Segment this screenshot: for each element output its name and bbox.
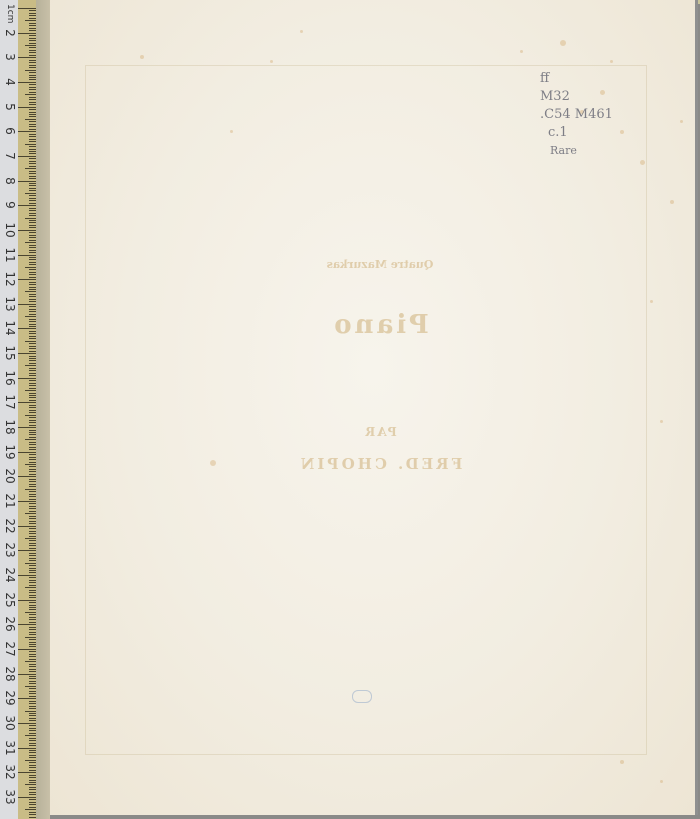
ruler-tick	[25, 809, 36, 810]
ruler-tick	[29, 338, 36, 339]
foxing-spot	[660, 780, 663, 783]
ruler-tick	[25, 119, 36, 120]
ruler-tick	[18, 156, 36, 157]
ruler-tick	[29, 195, 36, 196]
ruler-tick	[25, 341, 36, 342]
call-number-line: .C54 M461	[540, 106, 613, 124]
ruler-tick	[18, 501, 36, 502]
ruler-tick	[29, 383, 36, 384]
ruler-tick	[29, 780, 36, 781]
ruler-tick	[29, 348, 36, 349]
ruler-tick	[18, 624, 36, 625]
ruler-tick	[29, 617, 36, 618]
ruler-tick	[29, 437, 36, 438]
ruler-number: 13	[3, 295, 17, 313]
ruler-number: 30	[3, 714, 17, 732]
ruler-tick	[29, 400, 36, 401]
ruler-tick	[29, 681, 36, 682]
ruler-tick	[18, 181, 36, 182]
ruler-number: 6	[3, 122, 17, 140]
ruler-tick	[29, 511, 36, 512]
ruler-tick	[29, 740, 36, 741]
ruler-number: 7	[3, 147, 17, 165]
ruler-tick	[29, 597, 36, 598]
ruler-tick	[29, 171, 36, 172]
ruler-tick	[29, 417, 36, 418]
ruler-tick	[29, 301, 36, 302]
ruler-tick	[29, 319, 36, 320]
ruler-tick	[29, 314, 36, 315]
ruler-tick	[29, 232, 36, 233]
ruler-tick	[29, 555, 36, 556]
ruler-tick	[29, 484, 36, 485]
ruler-tick	[29, 609, 36, 610]
ruler-tick	[29, 284, 36, 285]
ruler-tick	[29, 220, 36, 221]
ruler-tick	[29, 799, 36, 800]
ruler-tick	[29, 720, 36, 721]
ruler-tick	[18, 255, 36, 256]
ruler-tick	[29, 97, 36, 98]
ruler-tick	[29, 565, 36, 566]
ruler-tick	[29, 55, 36, 56]
ruler-tick	[29, 794, 36, 795]
ruler-tick	[29, 812, 36, 813]
foxing-spot	[560, 40, 566, 46]
ruler-tick	[25, 365, 36, 366]
ruler-tick	[29, 259, 36, 260]
ruler-tick	[29, 590, 36, 591]
foxing-spot	[270, 60, 273, 63]
ruler-tick	[29, 363, 36, 364]
ruler-tick	[25, 94, 36, 95]
ruler-tick	[29, 343, 36, 344]
ruler-tick	[29, 190, 36, 191]
ruler-tick	[29, 309, 36, 310]
ruler-number: 14	[3, 319, 17, 337]
ruler-tick	[18, 600, 36, 601]
ruler-unit-label: 1cm	[3, 4, 17, 22]
ruler-tick	[29, 466, 36, 467]
ruler-tick	[25, 70, 36, 71]
ruler-tick	[29, 287, 36, 288]
ruler-tick	[29, 540, 36, 541]
ruler-tick	[29, 486, 36, 487]
ruler-tick	[29, 67, 36, 68]
foxing-spot	[650, 300, 653, 303]
ruler-number: 20	[3, 467, 17, 485]
foxing-spot	[230, 130, 233, 133]
ruler-tick	[29, 592, 36, 593]
ruler-tick	[29, 634, 36, 635]
foxing-spot	[620, 130, 624, 134]
ruler-tick	[29, 738, 36, 739]
ruler-tick	[29, 691, 36, 692]
ruler-tick	[25, 316, 36, 317]
ruler-tick	[29, 346, 36, 347]
ruler-tick	[29, 185, 36, 186]
ruler-tick	[18, 476, 36, 477]
ruler-tick	[29, 585, 36, 586]
ruler-tick	[25, 784, 36, 785]
ruler-tick	[29, 252, 36, 253]
ruler-tick	[29, 351, 36, 352]
ruler-tick	[25, 686, 36, 687]
ruler-number: 27	[3, 640, 17, 658]
ruler-tick	[29, 321, 36, 322]
ruler-tick	[29, 326, 36, 327]
call-number-line: c.1	[540, 124, 613, 142]
ruler-tick	[29, 750, 36, 751]
ruler-tick	[29, 237, 36, 238]
ruler-tick	[25, 45, 36, 46]
foxing-spot	[610, 60, 613, 63]
ruler-tick	[29, 282, 36, 283]
ruler-tick	[25, 168, 36, 169]
ruler-tick	[29, 703, 36, 704]
ruler-tick	[29, 235, 36, 236]
ruler-tick	[29, 410, 36, 411]
ruler-tick	[29, 47, 36, 48]
ruler-tick	[29, 114, 36, 115]
ruler-tick	[29, 425, 36, 426]
ruler-tick	[29, 121, 36, 122]
ruler-tick	[29, 642, 36, 643]
ruler-tick	[18, 57, 36, 58]
ruler-tick	[29, 92, 36, 93]
ruler-tick	[29, 622, 36, 623]
ruler-tick	[18, 797, 36, 798]
ruler-tick	[29, 149, 36, 150]
ruler-tick	[29, 459, 36, 460]
ruler-tick	[29, 792, 36, 793]
ruler-tick	[29, 146, 36, 147]
foxing-spot	[300, 30, 303, 33]
ruler-tick	[18, 82, 36, 83]
ruler-tick	[29, 77, 36, 78]
ruler-tick	[29, 802, 36, 803]
ruler-tick	[29, 627, 36, 628]
ruler-tick	[29, 15, 36, 16]
ruler-tick	[29, 582, 36, 583]
ruler-tick	[29, 222, 36, 223]
ruler-tick	[29, 153, 36, 154]
ruler-number: 31	[3, 739, 17, 757]
ruler-tick	[29, 183, 36, 184]
foxing-spot	[520, 50, 523, 53]
ruler-tick	[29, 25, 36, 26]
ruler-tick	[25, 242, 36, 243]
ruler-number: 16	[3, 369, 17, 387]
ruler-number: 3	[3, 48, 17, 66]
foxing-spot	[140, 55, 144, 59]
ruler-tick	[29, 99, 36, 100]
ruler-tick	[29, 545, 36, 546]
ruler-tick	[29, 375, 36, 376]
ruler-tick	[29, 247, 36, 248]
ruler-tick	[29, 136, 36, 137]
ruler-tick	[29, 814, 36, 815]
ruler-tick	[29, 269, 36, 270]
ruler-tick	[29, 430, 36, 431]
ruler-tick	[29, 666, 36, 667]
measuring-ruler: 1cm 234567891011121314151617181920212223…	[0, 0, 36, 819]
ruler-tick	[29, 432, 36, 433]
ruler-tick	[18, 550, 36, 551]
ruler-tick	[29, 225, 36, 226]
ruler-tick	[18, 698, 36, 699]
ruler-tick	[29, 644, 36, 645]
ruler-tick	[25, 390, 36, 391]
ruler-tick	[29, 521, 36, 522]
ruler-tick	[25, 489, 36, 490]
ruler-number: 9	[3, 196, 17, 214]
ruler-tick	[29, 166, 36, 167]
ruler-tick	[29, 176, 36, 177]
ruler-tick	[29, 75, 36, 76]
ruler-tick	[29, 380, 36, 381]
ruler-tick	[29, 311, 36, 312]
ruler-tick	[18, 131, 36, 132]
ruler-tick	[25, 20, 36, 21]
ruler-tick	[18, 378, 36, 379]
ruler-number: 4	[3, 73, 17, 91]
ruler-tick	[29, 654, 36, 655]
ruler-tick	[29, 296, 36, 297]
ruler-tick	[29, 277, 36, 278]
foxing-spot	[660, 420, 663, 423]
ruler-number: 5	[3, 98, 17, 116]
ruler-tick	[29, 274, 36, 275]
ruler-tick	[29, 198, 36, 199]
ruler-tick	[29, 299, 36, 300]
ruler-tick	[29, 358, 36, 359]
ruler-tick	[25, 415, 36, 416]
ruler-tick	[25, 735, 36, 736]
ruler-tick	[29, 605, 36, 606]
ruler-tick	[29, 38, 36, 39]
ruler-tick	[29, 151, 36, 152]
ruler-tick	[29, 804, 36, 805]
ruler-tick	[18, 575, 36, 576]
ruler-tick	[18, 723, 36, 724]
ruler-tick	[29, 767, 36, 768]
ruler-number: 28	[3, 665, 17, 683]
ruler-tick	[25, 563, 36, 564]
ruler-tick	[29, 60, 36, 61]
ruler-tick	[29, 678, 36, 679]
ruler-tick	[18, 649, 36, 650]
library-stamp	[352, 690, 372, 703]
ruler-tick	[25, 587, 36, 588]
ruler-tick	[29, 457, 36, 458]
ruler-number: 33	[3, 788, 17, 806]
ruler-tick	[29, 397, 36, 398]
ruler-number: 8	[3, 172, 17, 190]
ruler-tick	[29, 109, 36, 110]
foxing-spot	[210, 460, 216, 466]
ruler-tick	[29, 79, 36, 80]
ruler-tick	[29, 28, 36, 29]
ruler-tick	[29, 762, 36, 763]
ruler-tick	[29, 491, 36, 492]
ruler-tick	[29, 449, 36, 450]
ruler-scale	[18, 0, 36, 819]
ruler-tick	[29, 718, 36, 719]
ruler-tick	[29, 141, 36, 142]
ruler-tick	[29, 405, 36, 406]
ruler-tick	[29, 13, 36, 14]
ruler-tick	[29, 765, 36, 766]
ruler-number: 17	[3, 393, 17, 411]
ruler-tick	[29, 306, 36, 307]
ruler-tick	[29, 35, 36, 36]
ruler-tick	[29, 356, 36, 357]
ruler-tick	[18, 33, 36, 34]
ruler-tick	[29, 745, 36, 746]
ruler-tick	[29, 407, 36, 408]
ruler-tick	[29, 503, 36, 504]
ruler-tick	[29, 619, 36, 620]
scan-background	[36, 0, 50, 819]
ruler-tick	[25, 760, 36, 761]
ruler-tick	[29, 434, 36, 435]
show-through-composer: FRED. CHOPIN	[230, 455, 530, 473]
ruler-tick	[25, 218, 36, 219]
ruler-number: 26	[3, 615, 17, 633]
ruler-tick	[29, 161, 36, 162]
ruler-tick	[29, 257, 36, 258]
ruler-tick	[29, 442, 36, 443]
ruler-tick	[29, 568, 36, 569]
ruler-tick	[29, 807, 36, 808]
ruler-tick	[29, 706, 36, 707]
ruler-tick	[29, 40, 36, 41]
ruler-tick	[29, 752, 36, 753]
ruler-tick	[25, 193, 36, 194]
ruler-tick	[18, 279, 36, 280]
ruler-tick	[29, 294, 36, 295]
ruler-tick	[25, 711, 36, 712]
ruler-tick	[25, 144, 36, 145]
ruler-tick	[29, 553, 36, 554]
ruler-tick	[29, 444, 36, 445]
ruler-tick	[29, 333, 36, 334]
ruler-tick	[29, 632, 36, 633]
ruler-tick	[29, 787, 36, 788]
ruler-tick	[29, 89, 36, 90]
ruler-tick	[18, 304, 36, 305]
ruler-tick	[29, 227, 36, 228]
ruler-tick	[29, 163, 36, 164]
ruler-number: 24	[3, 566, 17, 584]
ruler-tick	[29, 393, 36, 394]
ruler-tick	[29, 262, 36, 263]
ruler-tick	[29, 289, 36, 290]
ruler-number: 18	[3, 418, 17, 436]
ruler-tick	[29, 65, 36, 66]
ruler-tick	[29, 728, 36, 729]
ruler-tick	[29, 385, 36, 386]
ruler-number: 19	[3, 443, 17, 461]
ruler-tick	[29, 116, 36, 117]
ruler-tick	[29, 733, 36, 734]
ruler-number: 11	[3, 246, 17, 264]
ruler-tick	[29, 479, 36, 480]
ruler-tick	[29, 18, 36, 19]
foxing-spot	[680, 120, 683, 123]
ruler-tick	[29, 454, 36, 455]
ruler-tick	[29, 580, 36, 581]
ruler-tick	[18, 230, 36, 231]
ruler-tick	[29, 693, 36, 694]
ruler-tick	[29, 30, 36, 31]
ruler-tick	[29, 139, 36, 140]
ruler-tick	[29, 395, 36, 396]
foxing-spot	[640, 160, 645, 165]
ruler-tick	[29, 388, 36, 389]
foxing-spot	[670, 200, 674, 204]
ruler-tick	[29, 528, 36, 529]
ruler-tick	[29, 240, 36, 241]
ruler-tick	[29, 373, 36, 374]
ruler-tick	[29, 124, 36, 125]
ruler-number: 29	[3, 689, 17, 707]
ruler-tick	[25, 612, 36, 613]
ruler-tick	[29, 126, 36, 127]
ruler-tick	[29, 570, 36, 571]
ruler-tick	[18, 674, 36, 675]
ruler-tick	[29, 499, 36, 500]
ruler-tick	[29, 506, 36, 507]
ruler-tick	[29, 595, 36, 596]
ruler-tick	[29, 474, 36, 475]
ruler-tick	[29, 518, 36, 519]
ruler-tick	[29, 481, 36, 482]
call-number-line: Rare	[540, 142, 613, 160]
ruler-tick	[29, 669, 36, 670]
ruler-tick	[29, 250, 36, 251]
ruler-tick	[29, 496, 36, 497]
ruler-tick	[29, 713, 36, 714]
ruler-tick	[29, 671, 36, 672]
ruler-tick	[29, 715, 36, 716]
ruler-tick	[29, 134, 36, 135]
ruler-tick	[29, 548, 36, 549]
ruler-number: 22	[3, 517, 17, 535]
ruler-tick	[29, 112, 36, 113]
ruler-tick	[25, 513, 36, 514]
ruler-tick	[29, 607, 36, 608]
ruler-tick	[29, 656, 36, 657]
ruler-tick	[18, 402, 36, 403]
ruler-tick	[29, 688, 36, 689]
ruler-tick	[29, 245, 36, 246]
ruler-tick	[29, 210, 36, 211]
ruler-tick	[29, 84, 36, 85]
ruler-tick	[29, 422, 36, 423]
ruler-tick	[29, 664, 36, 665]
ruler-number: 12	[3, 270, 17, 288]
call-number-line: ff	[540, 70, 613, 88]
ruler-tick	[29, 72, 36, 73]
ruler-tick	[18, 205, 36, 206]
show-through-title: Quatre Mazurkas	[230, 258, 530, 271]
ruler-tick	[29, 208, 36, 209]
show-through-by: PAR	[230, 425, 530, 439]
ruler-tick	[29, 188, 36, 189]
ruler-tick	[29, 676, 36, 677]
